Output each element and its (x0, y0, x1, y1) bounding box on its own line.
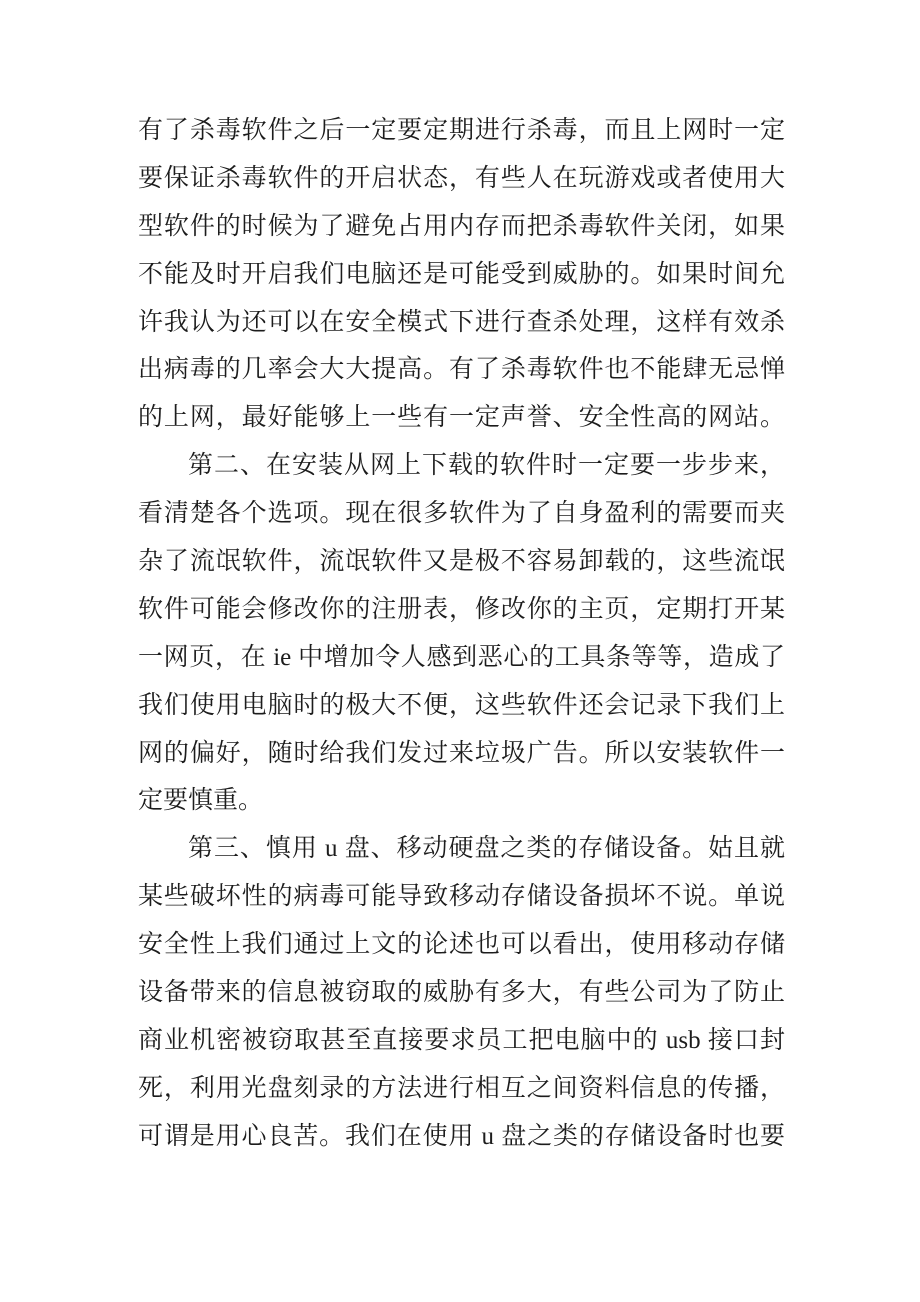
text-line: 我们使用电脑时的极大不便，这些软件还会记录下我们上 (138, 682, 785, 730)
text-line: 某些破坏性的病毒可能导致移动存储设备损坏不说。单说 (138, 873, 785, 921)
paragraph: 有了杀毒软件之后一定要定期进行杀毒，而且上网时一定要保证杀毒软件的开启状态，有些… (138, 107, 785, 442)
text-line: 的上网，最好能够上一些有一定声誉、安全性高的网站。 (138, 394, 785, 442)
text-line: 第二、在安装从网上下载的软件时一定要一步步来， (138, 442, 785, 490)
text-line: 不能及时开启我们电脑还是可能受到威胁的。如果时间允 (138, 251, 785, 299)
text-line: 第三、慎用 u 盘、移动硬盘之类的存储设备。姑且就 (138, 825, 785, 873)
document-page: 有了杀毒软件之后一定要定期进行杀毒，而且上网时一定要保证杀毒软件的开启状态，有些… (0, 0, 920, 1302)
text-line: 死，利用光盘刻录的方法进行相互之间资料信息的传播， (138, 1065, 785, 1113)
text-line: 许我认为还可以在安全模式下进行查杀处理，这样有效杀 (138, 299, 785, 347)
text-line: 型软件的时候为了避免占用内存而把杀毒软件关闭，如果 (138, 203, 785, 251)
page-text: 有了杀毒软件之后一定要定期进行杀毒，而且上网时一定要保证杀毒软件的开启状态，有些… (138, 107, 785, 1161)
text-line: 网的偏好，随时给我们发过来垃圾广告。所以安装软件一 (138, 730, 785, 778)
text-line: 杂了流氓软件，流氓软件又是极不容易卸载的，这些流氓 (138, 538, 785, 586)
text-line: 一网页，在 ie 中增加令人感到恶心的工具条等等，造成了 (138, 634, 785, 682)
text-line: 有了杀毒软件之后一定要定期进行杀毒，而且上网时一定 (138, 107, 785, 155)
text-line: 定要慎重。 (138, 777, 785, 825)
paragraph: 第二、在安装从网上下载的软件时一定要一步步来，看清楚各个选项。现在很多软件为了自… (138, 442, 785, 825)
text-line: 可谓是用心良苦。我们在使用 u 盘之类的存储设备时也要 (138, 1113, 785, 1161)
text-line: 商业机密被窃取甚至直接要求员工把电脑中的 usb 接口封 (138, 1017, 785, 1065)
text-line: 看清楚各个选项。现在很多软件为了自身盈利的需要而夹 (138, 490, 785, 538)
text-line: 要保证杀毒软件的开启状态，有些人在玩游戏或者使用大 (138, 155, 785, 203)
text-line: 出病毒的几率会大大提高。有了杀毒软件也不能肆无忌惮 (138, 346, 785, 394)
text-line: 设备带来的信息被窃取的威胁有多大，有些公司为了防止 (138, 969, 785, 1017)
text-line: 安全性上我们通过上文的论述也可以看出，使用移动存储 (138, 921, 785, 969)
paragraph: 第三、慎用 u 盘、移动硬盘之类的存储设备。姑且就某些破坏性的病毒可能导致移动存… (138, 825, 785, 1160)
text-line: 软件可能会修改你的注册表，修改你的主页，定期打开某 (138, 586, 785, 634)
